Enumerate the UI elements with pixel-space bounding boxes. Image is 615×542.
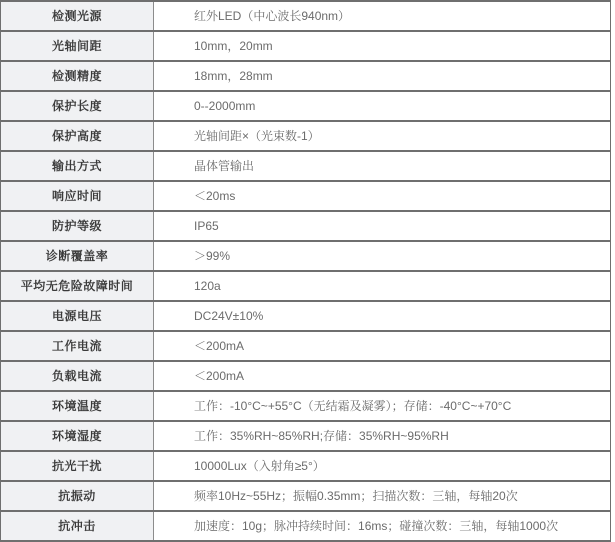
spec-label: 抗振动	[1, 481, 154, 511]
spec-label: 响应时间	[1, 181, 154, 211]
spec-label: 平均无危险故障时间	[1, 271, 154, 301]
spec-value: 晶体管输出	[154, 151, 611, 181]
spec-value: 红外LED（中心波长940nm）	[154, 1, 611, 31]
spec-value: 10000Lux（入射角≥5°）	[154, 451, 611, 481]
table-row: 光轴间距 10mm，20mm	[1, 31, 611, 61]
table-row: 工作电流 ＜200mA	[1, 331, 611, 361]
table-row: 平均无危险故障时间 120a	[1, 271, 611, 301]
table-row: 电源电压 DC24V±10%	[1, 301, 611, 331]
table-row: 防护等级 IP65	[1, 211, 611, 241]
spec-label: 负载电流	[1, 361, 154, 391]
spec-label: 检测精度	[1, 61, 154, 91]
spec-value: 120a	[154, 271, 611, 301]
table-row: 输出方式 晶体管输出	[1, 151, 611, 181]
spec-label: 工作电流	[1, 331, 154, 361]
spec-value: 加速度：10g；脉冲持续时间：16ms；碰撞次数：三轴，每轴1000次	[154, 511, 611, 541]
spec-value: ＜200mA	[154, 361, 611, 391]
table-row: 响应时间 ＜20ms	[1, 181, 611, 211]
spec-value: 10mm，20mm	[154, 31, 611, 61]
spec-label: 环境湿度	[1, 421, 154, 451]
table-row: 抗振动 频率10Hz~55Hz；振幅0.35mm；扫描次数：三轴，每轴20次	[1, 481, 611, 511]
spec-label: 防护等级	[1, 211, 154, 241]
table-row: 诊断覆盖率 ＞99%	[1, 241, 611, 271]
table-row: 检测光源 红外LED（中心波长940nm）	[1, 1, 611, 31]
spec-label: 诊断覆盖率	[1, 241, 154, 271]
spec-value: 工作：-10°C~+55°C（无结霜及凝雾）；存储：-40°C~+70°C	[154, 391, 611, 421]
table-row: 环境温度 工作：-10°C~+55°C（无结霜及凝雾）；存储：-40°C~+70…	[1, 391, 611, 421]
table-row: 检测精度 18mm，28mm	[1, 61, 611, 91]
spec-value: ＜20ms	[154, 181, 611, 211]
table-row: 保护长度 0--2000mm	[1, 91, 611, 121]
spec-label: 抗冲击	[1, 511, 154, 541]
table-row: 保护高度 光轴间距×（光束数-1）	[1, 121, 611, 151]
spec-label: 光轴间距	[1, 31, 154, 61]
spec-value: ＜200mA	[154, 331, 611, 361]
table-row: 环境湿度 工作：35%RH~85%RH;存储：35%RH~95%RH	[1, 421, 611, 451]
spec-label: 输出方式	[1, 151, 154, 181]
spec-value: IP65	[154, 211, 611, 241]
spec-table-body: 检测光源 红外LED（中心波长940nm） 光轴间距 10mm，20mm 检测精…	[1, 1, 611, 541]
spec-value: 频率10Hz~55Hz；振幅0.35mm；扫描次数：三轴，每轴20次	[154, 481, 611, 511]
spec-label: 检测光源	[1, 1, 154, 31]
spec-label: 保护高度	[1, 121, 154, 151]
table-row: 负载电流 ＜200mA	[1, 361, 611, 391]
spec-label: 抗光干扰	[1, 451, 154, 481]
spec-value: ＞99%	[154, 241, 611, 271]
spec-label: 电源电压	[1, 301, 154, 331]
spec-table: 检测光源 红外LED（中心波长940nm） 光轴间距 10mm，20mm 检测精…	[0, 0, 611, 542]
spec-value: 工作：35%RH~85%RH;存储：35%RH~95%RH	[154, 421, 611, 451]
table-row: 抗光干扰 10000Lux（入射角≥5°）	[1, 451, 611, 481]
spec-value: 0--2000mm	[154, 91, 611, 121]
spec-label: 保护长度	[1, 91, 154, 121]
table-row: 抗冲击 加速度：10g；脉冲持续时间：16ms；碰撞次数：三轴，每轴1000次	[1, 511, 611, 541]
spec-label: 环境温度	[1, 391, 154, 421]
spec-value: 光轴间距×（光束数-1）	[154, 121, 611, 151]
spec-value: DC24V±10%	[154, 301, 611, 331]
spec-value: 18mm，28mm	[154, 61, 611, 91]
